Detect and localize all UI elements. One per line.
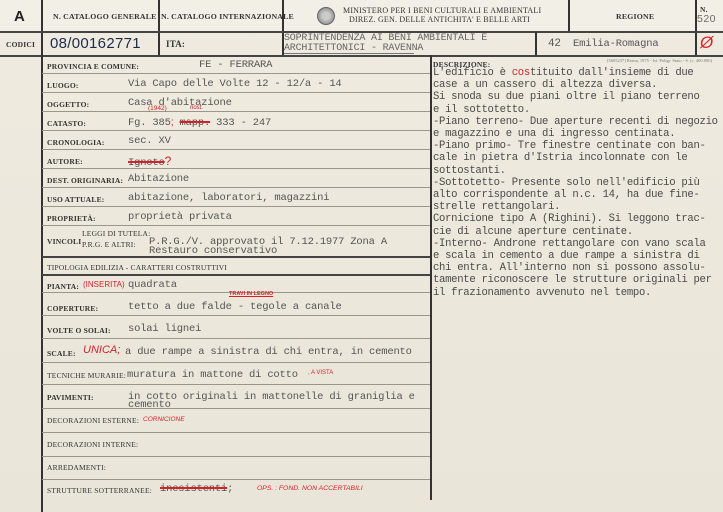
luogo-label: LUOGO: [47, 81, 79, 90]
catalogo-generale-header: N. CATALOGO GENERALE [53, 12, 157, 21]
divider [0, 55, 723, 57]
regione-header: REGIONE [616, 12, 654, 21]
catalog-card: A N. CATALOGO GENERALE N. CATALOGO INTER… [0, 0, 723, 512]
strutture-value: inesistenti; [160, 483, 233, 495]
descrizione-line: e il sottotetto. [433, 104, 718, 116]
tecniche-label: TECNICHE MURARIE: [47, 371, 126, 380]
uso-attuale-value: abitazione, laboratori, magazzini [128, 192, 329, 204]
tecniche-value: muratura in mattone di cotto [127, 369, 298, 381]
divider [42, 130, 430, 131]
strutture-note: OPS. : FOND. NON ACCERTABILI [257, 485, 363, 492]
divider [158, 0, 160, 55]
prg-label: P.R.G. E ALTRI: [82, 240, 136, 249]
catasto-mappali: 333 - 247 [210, 117, 271, 129]
descrizione-line: Cornicione tipo A (Righini). Si leggono … [433, 213, 718, 225]
catasto-note-nost: nost. [190, 105, 203, 111]
divider [42, 274, 430, 276]
divider [42, 206, 430, 207]
provincia-label: PROVINCIA E COMUNE: [47, 62, 139, 71]
decorazioni-interne-label: DECORAZIONI INTERNE: [47, 440, 138, 449]
descrizione-line: case a un cassero di altezza diversa. [433, 79, 718, 91]
descrizione-line: -Sottotetto- Presente solo nell'edificio… [433, 177, 718, 189]
uso-attuale-label: USO ATTUALE: [47, 195, 104, 204]
coperture-value: tetto a due falde - tegole a canale [128, 301, 342, 313]
descrizione-text: L'edificio è costituito dall'insieme di … [433, 67, 718, 299]
descrizione-line: -Piano primo- Tre finestre centinate con… [433, 140, 718, 152]
strutture-sep: ; [227, 483, 233, 495]
descrizione-line: -Piano terreno- Due aperture recenti di … [433, 116, 718, 128]
scale-note: UNICA; [83, 344, 120, 356]
volte-value: solai lignei [128, 323, 201, 335]
scale-value: a due rampe a sinistra di chi entra, in … [125, 346, 412, 358]
descrizione-line: cie di alcune aperture centinate. [433, 226, 718, 238]
ministry-line2: DIREZ. GEN. DELLE ANTICHITA' E BELLE ART… [349, 15, 530, 24]
divider [42, 73, 430, 74]
decorazioni-esterne-note: CORNICIONE [143, 416, 185, 423]
descrizione-line: Si snoda su due piani oltre il piano ter… [433, 91, 718, 103]
divider [42, 315, 430, 316]
coperture-label: COPERTURE: [47, 304, 98, 313]
strutture-label: STRUTTURE SOTTERRANEE: [47, 486, 152, 495]
underline [284, 53, 414, 54]
divider [568, 0, 570, 32]
ita-label: ITA: [166, 39, 185, 49]
catasto-label: CATASTO: [47, 119, 86, 128]
divider [42, 168, 430, 169]
descrizione-line: L'edificio è costituito dall'insieme di … [433, 67, 718, 79]
scale-label: SCALE: [47, 349, 76, 358]
regione-value: Emilia-Romagna [573, 38, 658, 50]
dest-originaria-value: Abitazione [128, 173, 189, 185]
divider [535, 32, 537, 55]
arredamenti-label: ARREDAMENTI: [47, 463, 106, 472]
divider [42, 408, 430, 409]
numero-value: 520 [697, 13, 716, 25]
oggetto-value: Casa d'abitazione [128, 97, 232, 109]
descrizione-line: alto corrispondente al n.c. 14, ha due f… [433, 189, 718, 201]
autore-value: Ignoto? [128, 154, 171, 169]
luogo-value: Via Capo delle Volte 12 - 12/a - 14 [128, 78, 342, 90]
descrizione-line: strelle rettangolari. [433, 201, 718, 213]
pavimenti-value-line2: cemento [128, 399, 171, 411]
catasto-sep: ; [171, 116, 174, 128]
catasto-note-year: (1942) [148, 105, 167, 112]
divider [42, 149, 430, 150]
vincoli-label: VINCOLI [47, 237, 81, 246]
autore-label: AUTORE: [47, 157, 83, 166]
strutture-struck: inesistenti [160, 483, 227, 495]
section-letter: A [14, 8, 25, 25]
numero-mark: Ø [700, 33, 713, 53]
divider [42, 456, 430, 457]
divider [42, 225, 430, 226]
cronologia-label: CRONOLOGIA: [47, 138, 105, 147]
provincia-value: FE - FERRARA [199, 59, 272, 71]
descrizione-line: il frazionamento avvenuto nel tempo. [433, 287, 718, 299]
divider [42, 111, 430, 112]
divider [430, 55, 432, 500]
divider [695, 0, 697, 55]
catalogo-generale-value: 08/00162771 [50, 35, 141, 52]
divider [42, 256, 430, 258]
divider [42, 479, 430, 480]
pianta-label: PIANTA: [47, 282, 79, 291]
pianta-value: quadrata [128, 279, 177, 291]
tecniche-note: , A VISTA [308, 370, 333, 376]
descrizione-line: chi entra. All'interno non si possono as… [433, 262, 718, 274]
catasto-mapp: mapp. [180, 117, 211, 129]
descrizione-line: sottostanti. [433, 165, 718, 177]
divider [41, 55, 43, 500]
republic-emblem-icon [317, 7, 335, 25]
divider [42, 187, 430, 188]
descrizione-line: cale in pietra d'Istria incolonnate con … [433, 152, 718, 164]
cronologia-value: sec. XV [128, 135, 171, 147]
catasto-foglio: Fg. 385 [128, 117, 171, 129]
proprieta-value: proprietà privata [128, 211, 232, 223]
pavimenti-value-line1: in cotto originali in mattonelle di gran… [128, 391, 415, 403]
volte-label: VOLTE o SOLAI: [47, 326, 111, 335]
divider [42, 384, 430, 385]
oggetto-label: OGGETTO: [47, 100, 89, 109]
divider [42, 338, 430, 339]
pavimenti-label: PAVIMENTI: [47, 393, 94, 402]
pianta-note: (INSERITA) [83, 280, 125, 289]
tipologia-label: TIPOLOGIA EDILIZIA - CARATTERI COSTRUTTI… [47, 263, 227, 272]
decorazioni-esterne-label: DECORAZIONI ESTERNE: [47, 416, 139, 425]
descrizione-line: -Interno- Androne rettangolare con vano … [433, 238, 718, 250]
divider [42, 362, 430, 363]
proprieta-label: PROPRIETÀ: [47, 214, 96, 223]
dest-originaria-label: DEST. ORIGINARIA: [47, 176, 123, 185]
coperture-part-a: tetto a due falde [128, 301, 238, 313]
print-note: [5605237] Roma, 1975 - Ist. Poligr. Stat… [607, 58, 712, 63]
ministry-line1: MINISTERO PER I BENI CULTURALI E AMBIENT… [343, 6, 541, 15]
descrizione-line: e scala in cemento a due rampe a sinistr… [433, 250, 718, 262]
divider [42, 432, 430, 433]
coperture-part-b: tegole a canale [244, 301, 342, 313]
divider [42, 92, 430, 93]
leggi-tutela-label: LEGGI DI TUTELA: [82, 229, 150, 238]
coperture-note: TRAVI IN LEGNO [229, 291, 273, 297]
codici-label: CODICI [6, 40, 35, 49]
catasto-value: Fg. 385; mapp. 333 - 247 [128, 116, 271, 129]
soprintendenza-code: 42 [548, 38, 561, 50]
descrizione-line: e magazzino e una di ingresso centinata. [433, 128, 718, 140]
catalogo-internazionale-header: N. CATALOGO INTERNAZIONALE [161, 12, 294, 21]
autore-note: ? [165, 154, 171, 168]
descrizione-line: tamente riconoscere le strutture origina… [433, 274, 718, 286]
